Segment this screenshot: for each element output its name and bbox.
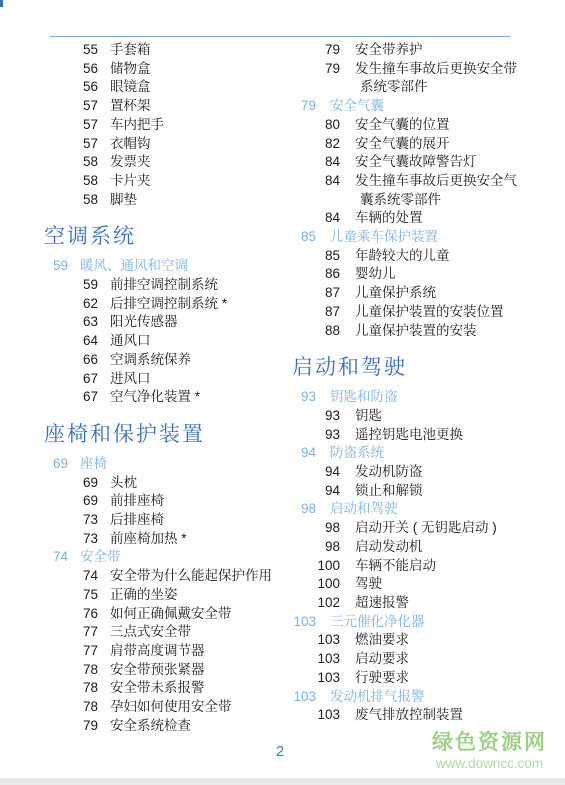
toc-label: 启动和驾驶 — [292, 355, 407, 379]
toc-page-number: 78 — [44, 679, 98, 698]
toc-row: 103启动要求 — [292, 650, 564, 669]
toc-row: 63阳光传感器 — [44, 313, 290, 332]
toc-label: 发票夹 — [110, 154, 151, 169]
header-divider — [50, 36, 510, 37]
toc-row: 78孕妇如何使用安全带 — [44, 698, 290, 717]
toc-page-number: 82 — [292, 135, 340, 154]
toc-row: 57车内把手 — [44, 116, 290, 135]
toc-row: 94发动机防盗 — [292, 463, 564, 482]
toc-row: 74安全带 — [44, 548, 290, 567]
toc-label: 儿童乘车保护装置 — [330, 229, 438, 244]
toc-label: 前排座椅 — [110, 493, 164, 508]
toc-page-number: 57 — [44, 97, 98, 116]
toc-row: 77三点式安全带 — [44, 623, 290, 642]
toc-label: 空调系统保养 — [110, 352, 191, 367]
toc-row: 100车辆不能启动 — [292, 557, 564, 576]
toc-row: 93遥控钥匙电池更换 — [292, 426, 564, 445]
toc-label: 衣帽钩 — [110, 136, 151, 151]
toc-page-number: 58 — [44, 191, 98, 210]
toc-label: 发动机防盗 — [355, 464, 423, 479]
toc-label: 启动要求 — [355, 651, 409, 666]
watermark: 绿色资源网 www.downcc.com — [432, 731, 547, 772]
toc-label: 安全系统检查 — [110, 718, 191, 733]
toc-label: 钥匙 — [355, 408, 382, 423]
toc-page-number: 94 — [292, 482, 340, 501]
toc-page-number: 75 — [44, 586, 98, 605]
toc-label: 遥控钥匙电池更换 — [355, 427, 463, 442]
toc-page-number: 103 — [292, 613, 316, 632]
toc-page-number: 58 — [44, 153, 98, 172]
toc-row: 102超速报警 — [292, 594, 564, 613]
toc-row: 79安全带养护 — [292, 41, 564, 60]
toc-label: 眼镜盒 — [110, 79, 151, 94]
toc-row: 79安全气囊 — [292, 97, 564, 116]
scan-edge-strip — [0, 778, 565, 785]
toc-row: 69头枕 — [44, 474, 290, 493]
toc-page-number: 87 — [292, 284, 340, 303]
toc-label: 座椅 — [80, 456, 107, 471]
toc-row: 79发生撞车事故后更换安全带 系统零部件 — [292, 60, 564, 97]
toc-label: 座椅和保护装置 — [44, 422, 205, 446]
toc-page-number: 98 — [292, 519, 340, 538]
toc-page-number: 103 — [292, 706, 340, 725]
toc-page-number: 80 — [292, 116, 340, 135]
toc-page-number: 74 — [44, 548, 68, 567]
toc-label: 三元催化净化器 — [330, 614, 425, 629]
page-number: 2 — [260, 744, 300, 760]
toc-row: 67空气净化装置 * — [44, 388, 290, 407]
toc-row: 98启动发动机 — [292, 538, 564, 557]
toc-label: 头枕 — [110, 475, 137, 490]
toc-row: 80安全气囊的位置 — [292, 116, 564, 135]
toc-label: 启动和驾驶 — [330, 501, 398, 516]
toc-page-number: 100 — [292, 557, 340, 576]
toc-row: 98启动和驾驶 — [292, 500, 564, 519]
toc-label: 儿童保护装置的安装 — [355, 323, 477, 338]
toc-row: 85儿童乘车保护装置 — [292, 228, 564, 247]
toc-row: 69座椅 — [44, 455, 290, 474]
toc-page-number: 94 — [292, 444, 316, 463]
toc-row: 座椅和保护装置 — [44, 420, 290, 448]
toc-label: 安全带预张紧器 — [110, 662, 205, 677]
toc-row: 93钥匙和防盗 — [292, 388, 564, 407]
toc-row: 84车辆的处置 — [292, 209, 564, 228]
toc-page-number: 69 — [44, 492, 98, 511]
toc-label: 儿童保护系统 — [355, 285, 436, 300]
toc-row: 75正确的坐姿 — [44, 586, 290, 605]
toc-label: 孕妇如何使用安全带 — [110, 699, 232, 714]
toc-label: 发生撞车事故后更换安全带 — [355, 61, 517, 76]
toc-row: 103发动机排气报警 — [292, 688, 564, 707]
toc-label: 车内把手 — [110, 117, 164, 132]
toc-page-number: 59 — [44, 257, 68, 276]
toc-label: 储物盒 — [110, 61, 151, 76]
toc-row: 87儿童保护系统 — [292, 284, 564, 303]
document-page: 55手套箱 56储物盒 56眼镜盒 57置杯架 57车内把手 — [0, 0, 565, 785]
toc-page-number: 85 — [292, 228, 316, 247]
toc-page-number: 103 — [292, 688, 316, 707]
toc-page-number: 93 — [292, 388, 316, 407]
toc-label: 三点式安全带 — [110, 624, 191, 639]
toc-page-number: 57 — [44, 135, 98, 154]
toc-page-number: 87 — [292, 303, 340, 322]
toc-row: 57衣帽钩 — [44, 135, 290, 154]
toc-row: 59前排空调控制系统 — [44, 276, 290, 295]
toc-label: 安全气囊 — [330, 98, 384, 113]
toc-label: 脚垫 — [110, 192, 137, 207]
toc-row: 58卡片夹 — [44, 172, 290, 191]
toc-label: 正确的坐姿 — [110, 587, 178, 602]
toc-label: 阳光传感器 — [110, 314, 178, 329]
toc-label: 安全带未系报警 — [110, 680, 205, 695]
toc-row: 78安全带未系报警 — [44, 679, 290, 698]
toc-label: 驾驶 — [355, 576, 382, 591]
toc-row: 94防盗系统 — [292, 444, 564, 463]
toc-row: 56储物盒 — [44, 60, 290, 79]
toc-label: 进风口 — [110, 371, 151, 386]
toc-page-number: 88 — [292, 322, 340, 341]
toc-label: 手套箱 — [110, 42, 151, 57]
toc-row: 74安全带为什么能起保护作用 — [44, 567, 290, 586]
toc-page-number: 69 — [44, 455, 68, 474]
toc-label-continuation: 系统零部件 — [360, 78, 564, 97]
toc-page-number: 59 — [44, 276, 98, 295]
toc-label: 发生撞车事故后更换安全气 — [355, 173, 517, 188]
toc-page-number: 64 — [44, 332, 98, 351]
watermark-site-name: 绿色资源网 — [432, 731, 547, 756]
toc-page-number: 100 — [292, 575, 340, 594]
toc-page-number: 86 — [292, 265, 340, 284]
toc-page-number: 77 — [44, 642, 98, 661]
toc-page-number: 67 — [44, 388, 98, 407]
toc-label-continuation: 囊系统零部件 — [360, 191, 564, 210]
toc-column-right: 79安全带养护 79发生撞车事故后更换安全带 系统零部件 79安全气囊 80安全… — [292, 41, 564, 725]
toc-row: 69前排座椅 — [44, 492, 290, 511]
toc-label: 启动开关 ( 无钥匙启动 ) — [355, 520, 497, 535]
toc-label: 安全气囊故障警告灯 — [355, 154, 477, 169]
toc-row: 66空调系统保养 — [44, 351, 290, 370]
toc-row: 67进风口 — [44, 370, 290, 389]
toc-row: 93钥匙 — [292, 407, 564, 426]
toc-row: 87儿童保护装置的安装位置 — [292, 303, 564, 322]
toc-page-number: 77 — [44, 623, 98, 642]
toc-row: 79安全系统检查 — [44, 717, 290, 736]
toc-label: 安全气囊的展开 — [355, 136, 450, 151]
toc-page-number: 93 — [292, 426, 340, 445]
toc-label: 肩带高度调节器 — [110, 643, 205, 658]
toc-page-number: 57 — [44, 116, 98, 135]
toc-label: 行驶要求 — [355, 670, 409, 685]
toc-label: 超速报警 — [355, 595, 409, 610]
toc-page-number: 58 — [44, 172, 98, 191]
toc-label: 卡片夹 — [110, 173, 151, 188]
toc-page-number: 103 — [292, 669, 340, 688]
toc-page-number: 56 — [44, 78, 98, 97]
toc-row: 98启动开关 ( 无钥匙启动 ) — [292, 519, 564, 538]
toc-row: 85年龄较大的儿童 — [292, 247, 564, 266]
toc-page-number: 85 — [292, 247, 340, 266]
toc-label: 车辆不能启动 — [355, 558, 436, 573]
toc-label: 防盗系统 — [330, 445, 384, 460]
toc-page-number: 93 — [292, 407, 340, 426]
toc-label: 后排空调控制系统 * — [110, 296, 227, 311]
toc-row: 78安全带预张紧器 — [44, 661, 290, 680]
toc-label: 儿童保护装置的安装位置 — [355, 304, 504, 319]
toc-label: 婴幼儿 — [355, 266, 396, 281]
toc-page-number: 84 — [292, 153, 340, 172]
watermark-site-url: www.downcc.com — [432, 756, 547, 772]
toc-label: 废气排放控制装置 — [355, 707, 463, 722]
toc-label: 空气净化装置 * — [110, 389, 200, 404]
toc-page-number: 73 — [44, 530, 98, 549]
toc-page-number: 66 — [44, 351, 98, 370]
toc-row: 58发票夹 — [44, 153, 290, 172]
toc-page-number: 84 — [292, 172, 340, 191]
toc-page-number: 98 — [292, 538, 340, 557]
toc-label: 安全带 — [80, 549, 121, 564]
toc-page-number: 84 — [292, 209, 340, 228]
toc-row: 103废气排放控制装置 — [292, 706, 564, 725]
toc-page-number: 78 — [44, 698, 98, 717]
toc-label: 燃油要求 — [355, 632, 409, 647]
toc-label: 后排座椅 — [110, 512, 164, 527]
toc-row: 84安全气囊故障警告灯 — [292, 153, 564, 172]
toc-page-number: 63 — [44, 313, 98, 332]
toc-page-number: 103 — [292, 650, 340, 669]
toc-label: 车辆的处置 — [355, 210, 423, 225]
toc-page-number: 79 — [292, 97, 316, 116]
toc-page-number: 102 — [292, 594, 340, 613]
toc-row: 103三元催化净化器 — [292, 613, 564, 632]
toc-row: 84发生撞车事故后更换安全气 囊系统零部件 — [292, 172, 564, 209]
toc-row: 59暖风、通风和空调 — [44, 257, 290, 276]
toc-label: 安全气囊的位置 — [355, 117, 450, 132]
toc-label: 通风口 — [110, 333, 151, 348]
toc-row: 76如何正确佩戴安全带 — [44, 605, 290, 624]
toc-label: 空调系统 — [44, 224, 136, 248]
toc-page-number: 78 — [44, 661, 98, 680]
toc-label: 年龄较大的儿童 — [355, 248, 450, 263]
toc-page-number: 55 — [44, 41, 98, 60]
toc-row: 82安全气囊的展开 — [292, 135, 564, 154]
toc-row: 94锁止和解锁 — [292, 482, 564, 501]
toc-label: 锁止和解锁 — [355, 483, 423, 498]
toc-label: 暖风、通风和空调 — [80, 258, 188, 273]
toc-label: 启动发动机 — [355, 539, 423, 554]
toc-row: 88儿童保护装置的安装 — [292, 322, 564, 341]
toc-page-number: 79 — [292, 41, 340, 60]
toc-row: 64通风口 — [44, 332, 290, 351]
toc-label: 安全带养护 — [355, 42, 423, 57]
toc-row: 56眼镜盒 — [44, 78, 290, 97]
toc-page-number: 76 — [44, 605, 98, 624]
toc-row: 73前座椅加热 * — [44, 530, 290, 549]
toc-label: 发动机排气报警 — [330, 689, 425, 704]
toc-row: 62后排空调控制系统 * — [44, 295, 290, 314]
toc-page-number: 98 — [292, 500, 316, 519]
toc-row: 58脚垫 — [44, 191, 290, 210]
toc-row: 100驾驶 — [292, 575, 564, 594]
toc-row: 57置杯架 — [44, 97, 290, 116]
toc-page-number: 79 — [292, 60, 340, 79]
toc-row: 103行驶要求 — [292, 669, 564, 688]
toc-label: 前座椅加热 * — [110, 531, 187, 546]
toc-page-number: 94 — [292, 463, 340, 482]
toc-row: 55手套箱 — [44, 41, 290, 60]
toc-page-number: 62 — [44, 295, 98, 314]
toc-page-number: 56 — [44, 60, 98, 79]
toc-page-number: 67 — [44, 370, 98, 389]
toc-page-number: 74 — [44, 567, 98, 586]
toc-row: 启动和驾驶 — [292, 353, 564, 381]
toc-label: 置杯架 — [110, 98, 151, 113]
toc-page-number: 73 — [44, 511, 98, 530]
toc-row: 86婴幼儿 — [292, 265, 564, 284]
toc-page-number: 69 — [44, 474, 98, 493]
toc-label: 安全带为什么能起保护作用 — [110, 568, 272, 583]
toc-column-left: 55手套箱 56储物盒 56眼镜盒 57置杯架 57车内把手 — [44, 41, 290, 736]
toc-row: 73后排座椅 — [44, 511, 290, 530]
toc-row: 103燃油要求 — [292, 631, 564, 650]
scan-artifact-mark — [0, 0, 3, 7]
toc-row: 77肩带高度调节器 — [44, 642, 290, 661]
toc-label: 前排空调控制系统 — [110, 277, 218, 292]
toc-page-number: 79 — [44, 717, 98, 736]
toc-label: 如何正确佩戴安全带 — [110, 606, 232, 621]
toc-page-number: 103 — [292, 631, 340, 650]
toc-label: 钥匙和防盗 — [330, 389, 398, 404]
toc-row: 空调系统 — [44, 222, 290, 250]
